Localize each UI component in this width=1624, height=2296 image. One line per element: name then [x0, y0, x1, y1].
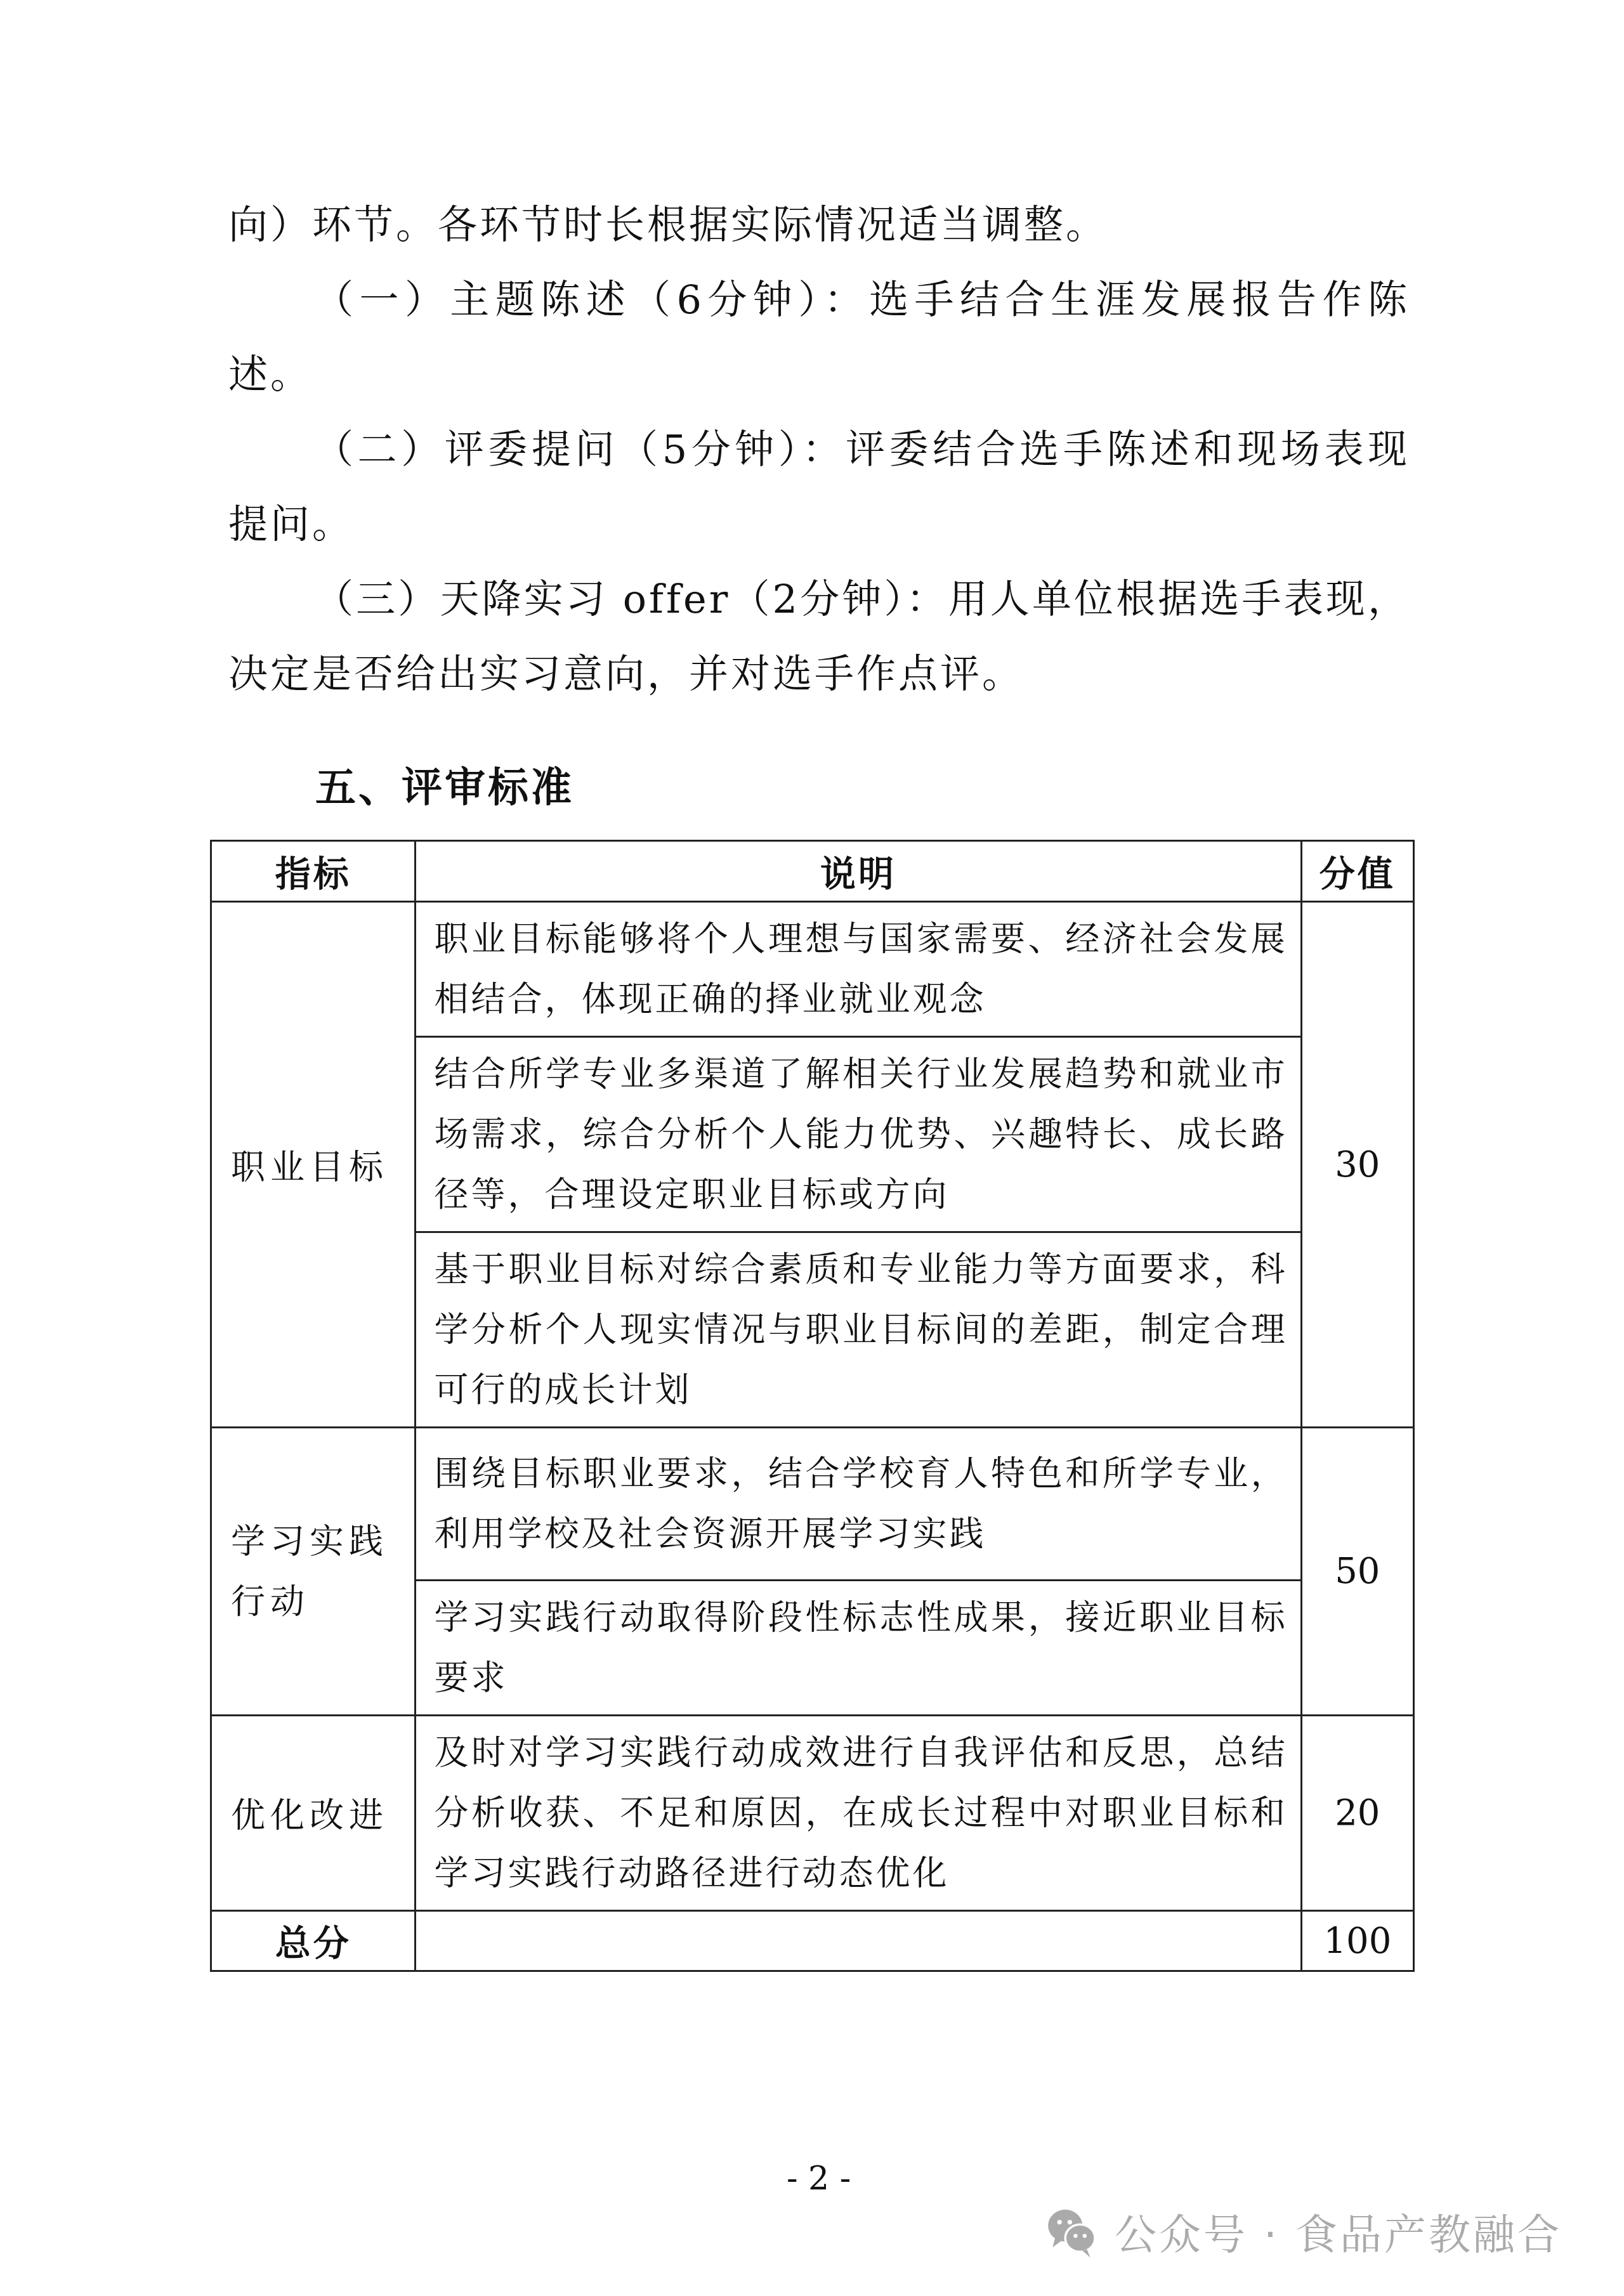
indicator-cell: 学习实践行动	[211, 1428, 416, 1716]
indicator-cell: 职业目标	[211, 902, 416, 1428]
total-label: 总分	[211, 1911, 416, 1971]
table-row: 学习实践行动 围绕目标职业要求，结合学校育人特色和所学专业，利用学校及社会资源开…	[211, 1428, 1414, 1581]
description-cell: 基于职业目标对综合素质和专业能力等方面要求，科学分析个人现实情况与职业目标间的差…	[416, 1232, 1301, 1428]
paragraph-step-3: （三）天降实习 offer（2分钟）：用人单位根据选手表现，决定是否给出实习意向…	[228, 562, 1410, 712]
total-score: 100	[1301, 1911, 1413, 1971]
score-cell: 50	[1301, 1428, 1413, 1716]
table-header-row: 指标 说明 分值	[211, 841, 1414, 902]
watermark-text: 公众号 · 食品产教融合	[1115, 2201, 1562, 2261]
paragraph-step-1: （一）主题陈述（6分钟）：选手结合生涯发展报告作陈述。	[228, 263, 1410, 412]
table-total-row: 总分 100	[211, 1911, 1414, 1971]
header-score: 分值	[1301, 841, 1413, 902]
table-row: 职业目标 职业目标能够将个人理想与国家需要、经济社会发展相结合，体现正确的择业就…	[211, 902, 1414, 1037]
header-description: 说明	[416, 841, 1301, 902]
description-cell: 及时对学习实践行动成效进行自我评估和反思，总结分析收获、不足和原因，在成长过程中…	[416, 1716, 1301, 1911]
wechat-icon	[1044, 2203, 1101, 2260]
total-description	[416, 1911, 1301, 1971]
score-cell: 30	[1301, 902, 1413, 1428]
page-number: - 2 -	[787, 2160, 851, 2198]
score-cell: 20	[1301, 1716, 1413, 1911]
description-cell: 学习实践行动取得阶段性标志性成果，接近职业目标要求	[416, 1581, 1301, 1716]
description-cell: 结合所学专业多渠道了解相关行业发展趋势和就业市场需求，综合分析个人能力优势、兴趣…	[416, 1037, 1301, 1232]
section-heading: 五、评审标准	[315, 755, 574, 813]
scoring-criteria-table: 指标 说明 分值 职业目标 职业目标能够将个人理想与国家需要、经济社会发展相结合…	[210, 840, 1415, 1972]
paragraph-intro: 向）环节。各环节时长根据实际情况适当调整。	[228, 188, 1410, 263]
description-cell: 围绕目标职业要求，结合学校育人特色和所学专业，利用学校及社会资源开展学习实践	[416, 1428, 1301, 1581]
description-cell: 职业目标能够将个人理想与国家需要、经济社会发展相结合，体现正确的择业就业观念	[416, 902, 1301, 1037]
table-row: 优化改进 及时对学习实践行动成效进行自我评估和反思，总结分析收获、不足和原因，在…	[211, 1716, 1414, 1911]
header-indicator: 指标	[211, 841, 416, 902]
watermark: 公众号 · 食品产教融合	[1044, 2201, 1562, 2261]
document-page: 向）环节。各环节时长根据实际情况适当调整。 （一）主题陈述（6分钟）：选手结合生…	[0, 0, 1624, 2296]
indicator-cell: 优化改进	[211, 1716, 416, 1911]
paragraph-step-2: （二）评委提问（5分钟）：评委结合选手陈述和现场表现提问。	[228, 412, 1410, 562]
